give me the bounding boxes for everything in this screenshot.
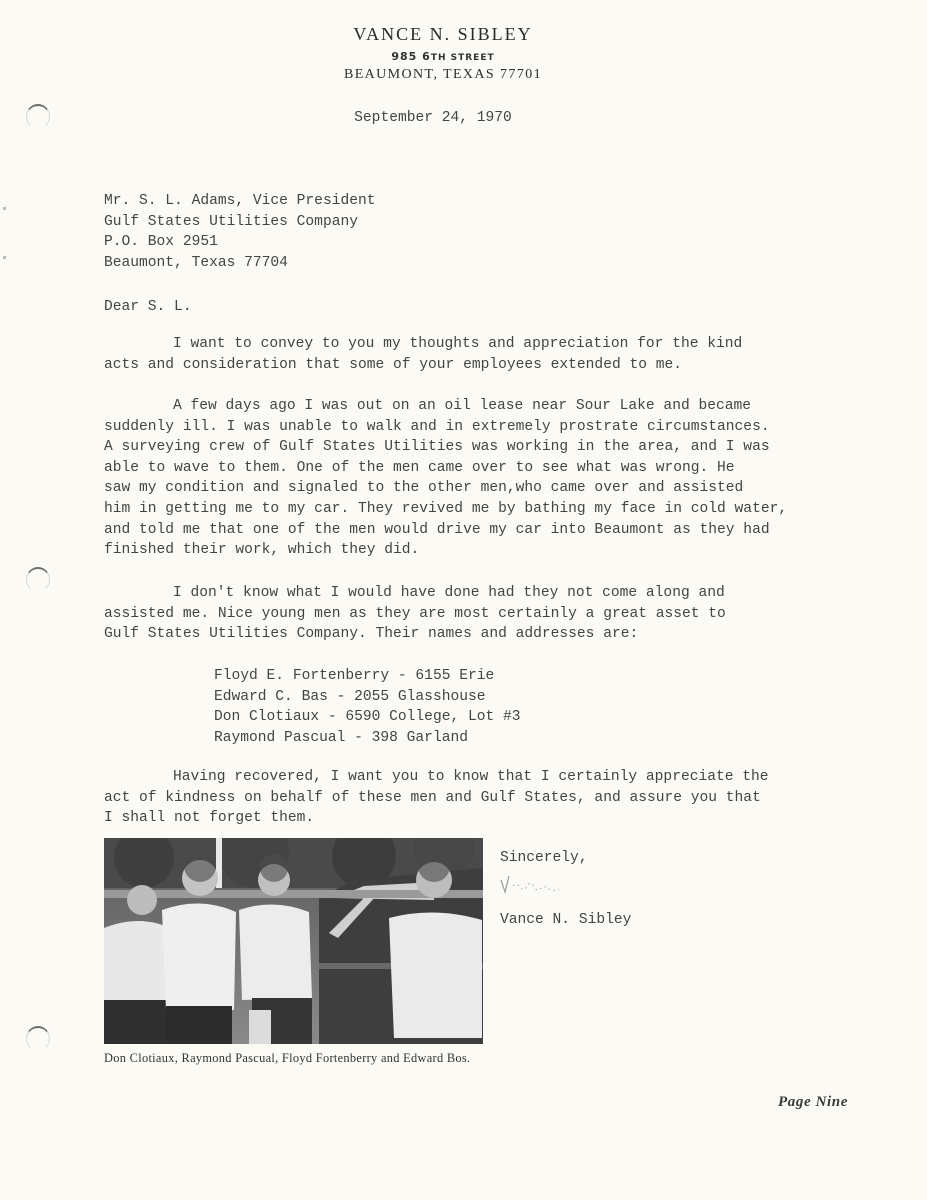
photo-illustration	[104, 838, 483, 1044]
paragraph-line: I want to convey to you my thoughts and …	[104, 334, 742, 355]
paragraph-line: finished their work, which they did.	[104, 540, 787, 561]
paragraph-line: I shall not forget them.	[104, 808, 769, 829]
signature-scribble	[499, 872, 599, 898]
handwritten-signature	[499, 872, 599, 898]
letter-date: September 24, 1970	[0, 108, 866, 129]
letterhead-street-suffix: TH STREET	[431, 53, 495, 63]
paragraph-line: and told me that one of the men would dr…	[104, 520, 787, 541]
employee-names-list: Floyd E. Fortenberry - 6155 Erie Edward …	[214, 666, 521, 748]
body-paragraph: Having recovered, I want you to know tha…	[104, 767, 769, 829]
paragraph-line: Having recovered, I want you to know tha…	[104, 767, 769, 788]
paragraph-line: I don't know what I would have done had …	[104, 583, 726, 604]
body-paragraph: A few days ago I was out on an oil lease…	[104, 396, 787, 561]
letterhead-street: 985 6TH STREET	[0, 50, 886, 63]
recipient-address: Mr. S. L. Adams, Vice President Gulf Sta…	[104, 191, 376, 273]
scan-speck	[3, 256, 6, 259]
employee-name-address: Raymond Pascual - 398 Garland	[214, 728, 521, 749]
employee-name-address: Floyd E. Fortenberry - 6155 Erie	[214, 666, 521, 687]
body-paragraph: I want to convey to you my thoughts and …	[104, 334, 742, 375]
address-line: Gulf States Utilities Company	[104, 212, 376, 233]
valediction: Sincerely,	[500, 848, 588, 869]
body-paragraph: I don't know what I would have done had …	[104, 583, 726, 645]
signed-name: Vance N. Sibley	[500, 910, 631, 931]
address-line: Mr. S. L. Adams, Vice President	[104, 191, 376, 212]
page-number-label: Page Nine	[778, 1094, 848, 1111]
employee-name-address: Edward C. Bas - 2055 Glasshouse	[214, 687, 521, 708]
letterhead-name: VANCE N. SIBLEY	[0, 24, 886, 45]
paragraph-line: A few days ago I was out on an oil lease…	[104, 396, 787, 417]
punch-hole-mark	[26, 567, 50, 592]
photo-caption: Don Clotiaux, Raymond Pascual, Floyd For…	[104, 1050, 486, 1067]
punch-hole-mark	[26, 1026, 50, 1051]
paragraph-line: able to wave to them. One of the men cam…	[104, 458, 787, 479]
address-line: Beaumont, Texas 77704	[104, 253, 376, 274]
scan-speck	[3, 207, 6, 210]
letterhead-street-number: 985 6	[391, 50, 430, 63]
paragraph-line: acts and consideration that some of your…	[104, 355, 742, 376]
paragraph-line: assisted me. Nice young men as they are …	[104, 604, 726, 625]
letterhead-city: BEAUMONT, TEXAS 77701	[0, 67, 886, 83]
group-photo	[104, 838, 483, 1044]
salutation: Dear S. L.	[104, 297, 192, 318]
paragraph-line: him in getting me to my car. They revive…	[104, 499, 787, 520]
paragraph-line: Gulf States Utilities Company. Their nam…	[104, 624, 726, 645]
employee-name-address: Don Clotiaux - 6590 College, Lot #3	[214, 707, 521, 728]
paragraph-line: A surveying crew of Gulf States Utilitie…	[104, 437, 787, 458]
paragraph-line: saw my condition and signaled to the oth…	[104, 478, 787, 499]
address-line: P.O. Box 2951	[104, 232, 376, 253]
paragraph-line: suddenly ill. I was unable to walk and i…	[104, 417, 787, 438]
paragraph-line: act of kindness on behalf of these men a…	[104, 788, 769, 809]
